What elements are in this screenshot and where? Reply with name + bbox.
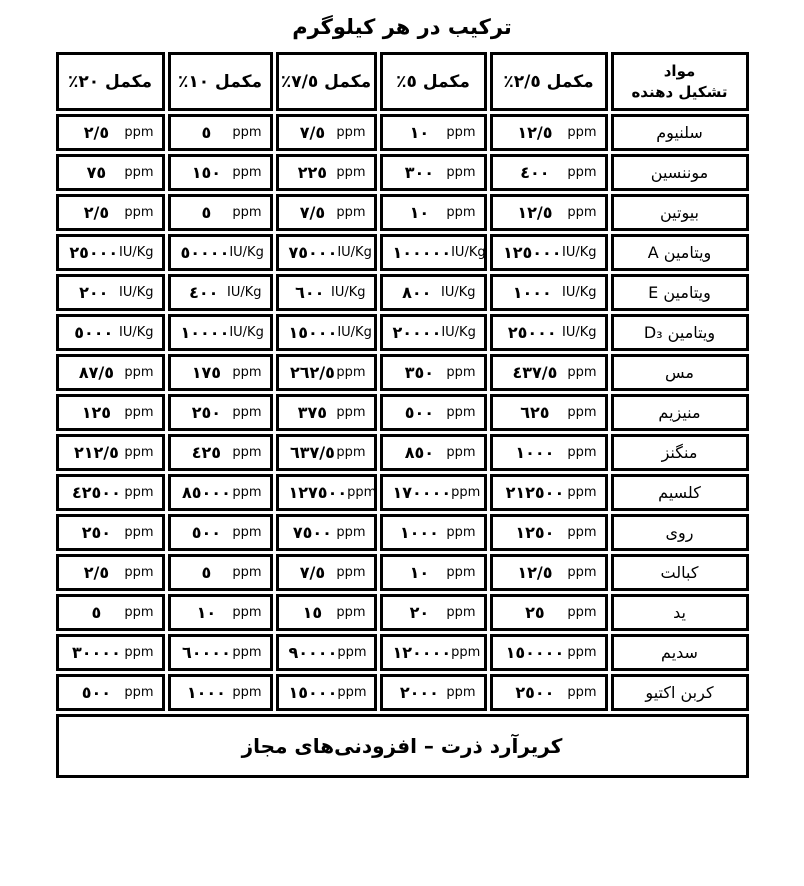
value-unit: ppm <box>124 125 153 140</box>
value-number: ١٢٥ <box>69 403 125 422</box>
value-unit: ppm <box>567 445 596 460</box>
value-number: ١٠٠٠ <box>393 523 447 542</box>
value-cell: ١٢/٥ ppm <box>490 114 608 151</box>
value-cell: ٢١٢٥٠٠ ppm <box>490 474 608 511</box>
value-number: ٢١٢/٥ <box>69 443 125 462</box>
value-number: ٨٥٠ <box>393 443 447 462</box>
value-number: ١٠٠٠ <box>503 443 568 462</box>
value-number: ١٥٠٠٠ <box>289 683 338 702</box>
value-number: ١٠ <box>393 563 447 582</box>
value-number: ٥٠٠٠ <box>69 323 119 342</box>
header-col-supplement-2-5: مکمل ٢/٥٪ <box>490 52 608 111</box>
value-cell: ٣٥٠ ppm <box>380 354 487 391</box>
value-unit: IU/Kg <box>562 245 597 260</box>
value-number: ٧/٥ <box>289 203 337 222</box>
value-unit: ppm <box>567 205 596 220</box>
value-number: ١٠٠٠٠٠ <box>393 243 452 262</box>
table-footer: کریرآرد ذرت – افزودنی‌های مجاز <box>56 714 749 778</box>
ingredient-label: ویتامین E <box>611 274 749 311</box>
value-cell: ٢/٥ ppm <box>56 194 165 231</box>
value-number: ١٥٠٠٠ <box>289 323 338 342</box>
value-unit: ppm <box>446 605 475 620</box>
value-cell: ١٥٠٠٠٠ ppm <box>490 634 608 671</box>
value-cell: ١٥٠٠٠ IU/Kg <box>276 314 377 351</box>
value-unit: ppm <box>232 445 261 460</box>
header-col-supplement-5: مکمل ٥٪ <box>380 52 487 111</box>
value-unit: ppm <box>336 525 365 540</box>
value-number: ١٠ <box>393 123 447 142</box>
value-number: ١٠ <box>181 603 233 622</box>
value-unit: ppm <box>124 645 153 660</box>
value-unit: ppm <box>124 525 153 540</box>
ingredient-label: کبالت <box>611 554 749 591</box>
value-cell: ١٠ ppm <box>380 194 487 231</box>
value-unit: ppm <box>451 645 480 660</box>
value-number: ١٢٠٠٠٠ <box>393 643 452 662</box>
value-cell: ٢١٢/٥ ppm <box>56 434 165 471</box>
value-number: ٦٠٠ <box>289 283 331 302</box>
value-unit: IU/Kg <box>229 325 264 340</box>
value-unit: ppm <box>232 125 261 140</box>
value-unit: ppm <box>451 485 480 500</box>
value-cell: ١٢/٥ ppm <box>490 194 608 231</box>
value-number: ٢١٢٥٠٠ <box>503 483 568 502</box>
value-unit: ppm <box>567 685 596 700</box>
value-cell: ٦٣٧/٥ ppm <box>276 434 377 471</box>
header-materials-line2: تشکیل دهنده <box>631 82 727 102</box>
value-number: ٢٥٠ <box>69 523 125 542</box>
page: ترکیب در هر کیلوگرم مواد تشکیل دهنده مکم… <box>0 0 804 886</box>
value-unit: ppm <box>446 405 475 420</box>
value-unit: ppm <box>567 405 596 420</box>
value-unit: ppm <box>232 525 261 540</box>
value-number: ١٢٥٠٠٠ <box>503 243 562 262</box>
value-cell: ٥ ppm <box>168 554 273 591</box>
value-number: ٦٢٥ <box>503 403 568 422</box>
value-unit: ppm <box>336 365 365 380</box>
value-cell: ٩٠٠٠٠ ppm <box>276 634 377 671</box>
value-number: ٨٧/٥ <box>69 363 125 382</box>
value-cell: ٧/٥ ppm <box>276 114 377 151</box>
value-cell: ٢٥٠ ppm <box>168 394 273 431</box>
value-unit: ppm <box>124 485 153 500</box>
value-cell: ١٥٠٠٠ ppm <box>276 674 377 711</box>
value-unit: ppm <box>232 485 261 500</box>
value-number: ٢٢٥ <box>289 163 337 182</box>
header-col-supplement-20: مکمل ٢٠٪ <box>56 52 165 111</box>
value-number: ٨٠٠ <box>393 283 441 302</box>
value-unit: IU/Kg <box>119 245 154 260</box>
value-cell: ٦٢٥ ppm <box>490 394 608 431</box>
value-unit: ppm <box>124 605 153 620</box>
value-number: ٣٠٠٠٠ <box>69 643 125 662</box>
value-number: ١٧٠٠٠٠ <box>393 483 452 502</box>
value-unit: IU/Kg <box>337 245 372 260</box>
value-unit: ppm <box>336 405 365 420</box>
value-number: ١٢/٥ <box>503 123 568 142</box>
value-number: ٢٠٠٠٠ <box>393 323 442 342</box>
value-unit: ppm <box>232 365 261 380</box>
value-unit: IU/Kg <box>562 285 597 300</box>
value-number: ٢٠٠ <box>69 283 119 302</box>
value-number: ٢٥٠٠٠ <box>503 323 562 342</box>
value-cell: ٧٥ ppm <box>56 154 165 191</box>
value-number: ٤٠٠ <box>181 283 227 302</box>
value-cell: ٢٥٠٠٠ IU/Kg <box>56 234 165 271</box>
value-number: ١٢/٥ <box>503 563 568 582</box>
value-unit: ppm <box>232 685 261 700</box>
value-unit: IU/Kg <box>441 285 476 300</box>
value-number: ٦٣٧/٥ <box>289 443 337 462</box>
value-cell: ١٠٠٠٠ IU/Kg <box>168 314 273 351</box>
value-cell: ٥ ppm <box>168 114 273 151</box>
value-unit: ppm <box>336 165 365 180</box>
value-cell: ١٠ ppm <box>380 554 487 591</box>
value-cell: ٢٥٠٠ ppm <box>490 674 608 711</box>
value-number: ١٥٠ <box>181 163 233 182</box>
value-unit: ppm <box>337 685 366 700</box>
value-number: ١٠٠٠٠ <box>181 323 230 342</box>
value-unit: ppm <box>446 525 475 540</box>
ingredient-label: موننسین <box>611 154 749 191</box>
value-cell: ٥٠٠٠٠ IU/Kg <box>168 234 273 271</box>
value-unit: IU/Kg <box>337 325 372 340</box>
value-number: ٤٢٥٠٠ <box>69 483 125 502</box>
ingredient-label: بیوتین <box>611 194 749 231</box>
value-cell: ٢٢٥ ppm <box>276 154 377 191</box>
value-unit: ppm <box>336 205 365 220</box>
value-number: ٣٧٥ <box>289 403 337 422</box>
value-number: ١٢٧٥٠٠ <box>289 483 348 502</box>
value-unit: ppm <box>124 445 153 460</box>
value-number: ٥ <box>69 603 125 622</box>
value-number: ٤٢٥ <box>181 443 233 462</box>
value-number: ١٧٥ <box>181 363 233 382</box>
value-number: ١٠ <box>393 203 447 222</box>
value-cell: ١٢٠٠٠٠ ppm <box>380 634 487 671</box>
value-number: ٤٣٧/٥ <box>503 363 568 382</box>
value-unit: IU/Kg <box>119 325 154 340</box>
value-cell: ١٠٠٠ ppm <box>380 514 487 551</box>
value-unit: ppm <box>446 205 475 220</box>
value-unit: ppm <box>567 125 596 140</box>
value-cell: ١٠ ppm <box>380 114 487 151</box>
value-number: ٥ <box>181 123 233 142</box>
ingredient-label: منگنز <box>611 434 749 471</box>
value-cell: ٧/٥ ppm <box>276 194 377 231</box>
value-number: ١٠٠٠ <box>503 283 562 302</box>
value-cell: ٤٢٥٠٠ ppm <box>56 474 165 511</box>
value-unit: ppm <box>232 405 261 420</box>
value-cell: ١٧٥ ppm <box>168 354 273 391</box>
value-unit: ppm <box>446 685 475 700</box>
ingredient-label: سلنیوم <box>611 114 749 151</box>
value-number: ٣٠٠ <box>393 163 447 182</box>
value-unit: ppm <box>124 365 153 380</box>
value-unit: ppm <box>567 485 596 500</box>
ingredient-label: منیزیم <box>611 394 749 431</box>
ingredient-label: روی <box>611 514 749 551</box>
value-cell: ٥٠٠٠ IU/Kg <box>56 314 165 351</box>
composition-table: مواد تشکیل دهنده مکمل ٢/٥٪ مکمل ٥٪ مکمل … <box>56 52 749 778</box>
value-cell: ١٢/٥ ppm <box>490 554 608 591</box>
value-unit: ppm <box>567 565 596 580</box>
value-unit: ppm <box>446 365 475 380</box>
value-cell: ٨٥٠ ppm <box>380 434 487 471</box>
value-unit: IU/Kg <box>331 285 366 300</box>
value-cell: ٢٦٢/٥ ppm <box>276 354 377 391</box>
value-number: ٥ <box>181 203 233 222</box>
value-unit: ppm <box>446 565 475 580</box>
ingredient-label: ویتامین A <box>611 234 749 271</box>
value-cell: ٢٠ ppm <box>380 594 487 631</box>
value-unit: ppm <box>232 165 261 180</box>
value-cell: ١٢٥٠٠٠ IU/Kg <box>490 234 608 271</box>
value-cell: ٥٠٠ ppm <box>380 394 487 431</box>
value-cell: ٢٠٠٠٠ IU/Kg <box>380 314 487 351</box>
value-cell: ٢٥ ppm <box>490 594 608 631</box>
value-cell: ٢/٥ ppm <box>56 554 165 591</box>
value-cell: ٥٠٠ ppm <box>168 514 273 551</box>
ingredient-label: سدیم <box>611 634 749 671</box>
ingredient-label: کربن اکتیو <box>611 674 749 711</box>
value-cell: ١٠٠٠ ppm <box>168 674 273 711</box>
value-cell: ٨٧/٥ ppm <box>56 354 165 391</box>
value-unit: IU/Kg <box>451 245 486 260</box>
value-unit: ppm <box>124 405 153 420</box>
value-unit: ppm <box>567 365 596 380</box>
value-cell: ٤٢٥ ppm <box>168 434 273 471</box>
value-number: ٥ <box>181 563 233 582</box>
value-unit: IU/Kg <box>229 245 264 260</box>
value-cell: ١٧٠٠٠٠ ppm <box>380 474 487 511</box>
value-unit: ppm <box>347 485 376 500</box>
value-unit: ppm <box>336 445 365 460</box>
value-number: ١٢/٥ <box>503 203 568 222</box>
value-unit: ppm <box>336 565 365 580</box>
value-number: ٧/٥ <box>289 123 337 142</box>
value-cell: ٥ ppm <box>56 594 165 631</box>
value-number: ٥٠٠ <box>69 683 125 702</box>
value-number: ٥٠٠ <box>393 403 447 422</box>
value-number: ١٠٠٠ <box>181 683 233 702</box>
value-cell: ١٥٠ ppm <box>168 154 273 191</box>
value-cell: ١٠٠٠ IU/Kg <box>490 274 608 311</box>
value-unit: ppm <box>567 525 596 540</box>
value-number: ١٥٠٠٠٠ <box>503 643 568 662</box>
header-materials: مواد تشکیل دهنده <box>611 52 749 111</box>
value-unit: ppm <box>124 685 153 700</box>
value-cell: ١٠٠٠٠٠ IU/Kg <box>380 234 487 271</box>
value-unit: ppm <box>336 605 365 620</box>
value-unit: ppm <box>124 165 153 180</box>
value-unit: ppm <box>446 125 475 140</box>
value-cell: ٧٥٠٠٠ IU/Kg <box>276 234 377 271</box>
value-cell: ٤٠٠ ppm <box>490 154 608 191</box>
value-number: ٥٠٠ <box>181 523 233 542</box>
value-number: ٧٥٠٠ <box>289 523 337 542</box>
value-cell: ٢٠٠٠ ppm <box>380 674 487 711</box>
value-number: ٢٥٠٠ <box>503 683 568 702</box>
value-cell: ٢٠٠ IU/Kg <box>56 274 165 311</box>
value-cell: ٤٠٠ IU/Kg <box>168 274 273 311</box>
value-unit: ppm <box>567 605 596 620</box>
value-cell: ٦٠٠ IU/Kg <box>276 274 377 311</box>
page-title: ترکیب در هر کیلوگرم <box>0 0 804 39</box>
value-number: ٢/٥ <box>69 123 125 142</box>
ingredient-label: ویتامین D₃ <box>611 314 749 351</box>
value-unit: IU/Kg <box>119 285 154 300</box>
value-unit: ppm <box>567 645 596 660</box>
value-number: ٧/٥ <box>289 563 337 582</box>
value-cell: ١٢٥٠ ppm <box>490 514 608 551</box>
value-number: ٢/٥ <box>69 203 125 222</box>
value-cell: ٨٥٠٠٠ ppm <box>168 474 273 511</box>
value-number: ٨٥٠٠٠ <box>181 483 233 502</box>
value-cell: ٥ ppm <box>168 194 273 231</box>
value-cell: ١٠٠٠ ppm <box>490 434 608 471</box>
value-unit: ppm <box>446 165 475 180</box>
value-unit: ppm <box>232 605 261 620</box>
value-cell: ٦٠٠٠٠ ppm <box>168 634 273 671</box>
value-unit: IU/Kg <box>227 285 262 300</box>
value-cell: ١٢٥ ppm <box>56 394 165 431</box>
value-unit: ppm <box>336 125 365 140</box>
header-col-supplement-7-5: مکمل ٧/٥٪ <box>276 52 377 111</box>
value-cell: ٣٠٠ ppm <box>380 154 487 191</box>
value-number: ٢٥٠٠٠ <box>69 243 119 262</box>
value-unit: IU/Kg <box>562 325 597 340</box>
ingredient-label: مس <box>611 354 749 391</box>
value-number: ٢٥٠ <box>181 403 233 422</box>
value-unit: ppm <box>124 565 153 580</box>
header-col-supplement-10: مکمل ١٠٪ <box>168 52 273 111</box>
value-number: ٦٠٠٠٠ <box>181 643 233 662</box>
value-number: ٢/٥ <box>69 563 125 582</box>
value-number: ٢٠٠٠ <box>393 683 447 702</box>
value-cell: ٣٧٥ ppm <box>276 394 377 431</box>
value-number: ٥٠٠٠٠ <box>181 243 230 262</box>
value-number: ٧٥٠٠٠ <box>289 243 338 262</box>
value-unit: ppm <box>232 205 261 220</box>
value-number: ٢٥ <box>503 603 568 622</box>
value-cell: ٨٠٠ IU/Kg <box>380 274 487 311</box>
value-number: ٣٥٠ <box>393 363 447 382</box>
value-cell: ٧٥٠٠ ppm <box>276 514 377 551</box>
value-number: ٩٠٠٠٠ <box>289 643 338 662</box>
value-unit: ppm <box>446 445 475 460</box>
value-unit: ppm <box>337 645 366 660</box>
value-cell: ٥٠٠ ppm <box>56 674 165 711</box>
value-number: ١٢٥٠ <box>503 523 568 542</box>
value-cell: ٤٣٧/٥ ppm <box>490 354 608 391</box>
value-cell: ١٢٧٥٠٠ ppm <box>276 474 377 511</box>
value-unit: IU/Kg <box>441 325 476 340</box>
value-unit: ppm <box>567 165 596 180</box>
value-number: ١٥ <box>289 603 337 622</box>
value-cell: ٢/٥ ppm <box>56 114 165 151</box>
value-number: ٤٠٠ <box>503 163 568 182</box>
value-cell: ٣٠٠٠٠ ppm <box>56 634 165 671</box>
value-unit: ppm <box>124 205 153 220</box>
ingredient-label: ید <box>611 594 749 631</box>
value-unit: ppm <box>232 645 261 660</box>
value-cell: ٧/٥ ppm <box>276 554 377 591</box>
value-cell: ١٥ ppm <box>276 594 377 631</box>
header-materials-line1: مواد <box>664 61 696 81</box>
value-cell: ٢٥٠ ppm <box>56 514 165 551</box>
value-number: ٢٠ <box>393 603 447 622</box>
value-number: ٢٦٢/٥ <box>289 363 337 382</box>
value-cell: ١٠ ppm <box>168 594 273 631</box>
value-number: ٧٥ <box>69 163 125 182</box>
ingredient-label: کلسیم <box>611 474 749 511</box>
value-unit: ppm <box>232 565 261 580</box>
value-cell: ٢٥٠٠٠ IU/Kg <box>490 314 608 351</box>
